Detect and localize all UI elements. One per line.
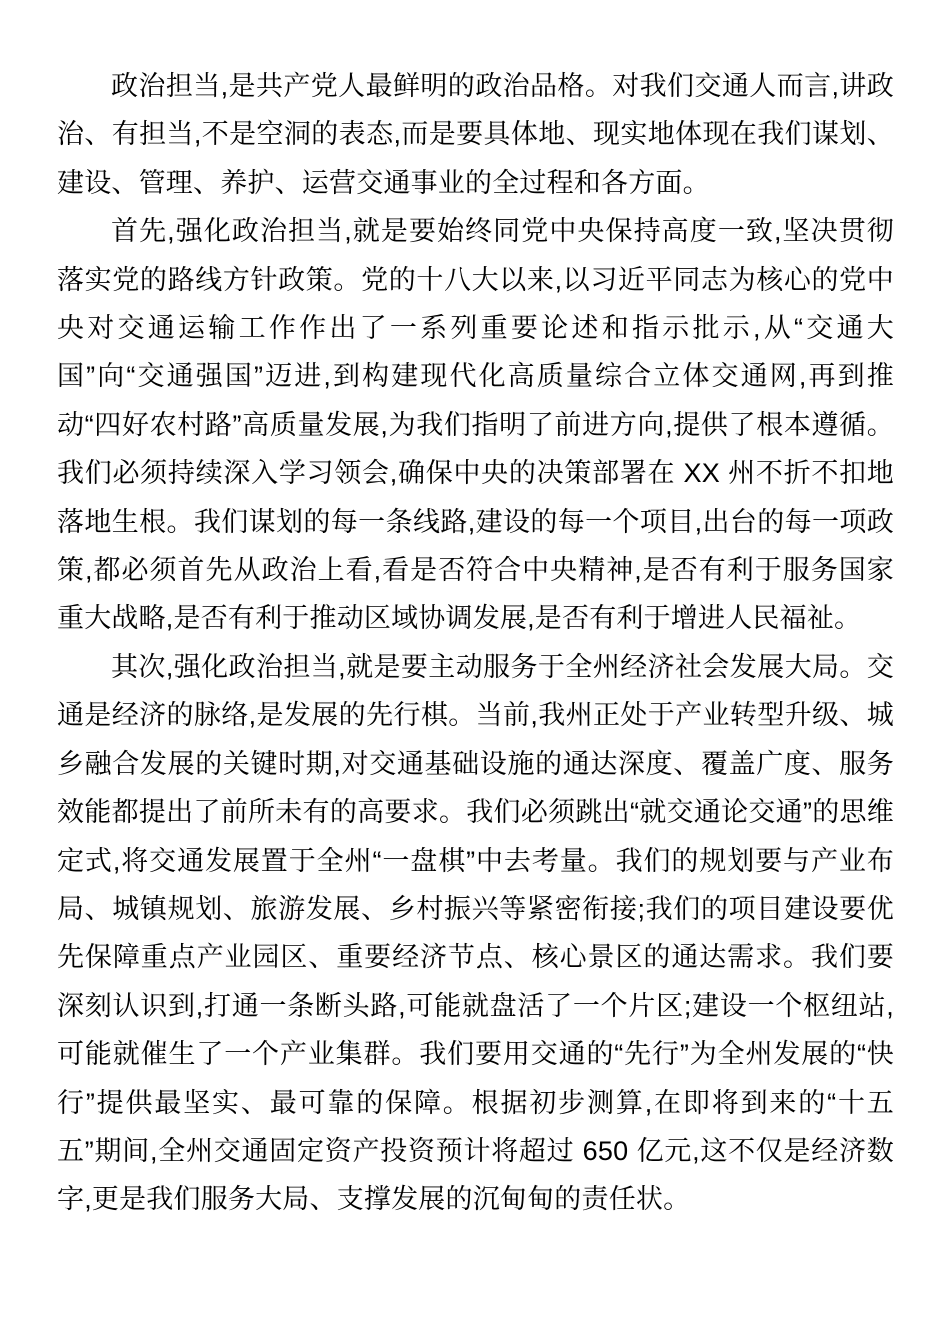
- paragraph-political-commitment-intro: 政治担当,是共产党人最鲜明的政治品格。对我们交通人而言,讲政治、有担当,不是空洞…: [57, 62, 894, 207]
- paragraph-first-point-align-with-party-center: 首先,强化政治担当,就是要始终同党中央保持高度一致,坚决贯彻落实党的路线方针政策…: [57, 207, 894, 643]
- document-page: 政治担当,是共产党人最鲜明的政治品格。对我们交通人而言,讲政治、有担当,不是空洞…: [0, 0, 950, 1344]
- paragraph-second-point-serve-economic-development: 其次,强化政治担当,就是要主动服务于全州经济社会发展大局。交通是经济的脉络,是发…: [57, 643, 894, 1224]
